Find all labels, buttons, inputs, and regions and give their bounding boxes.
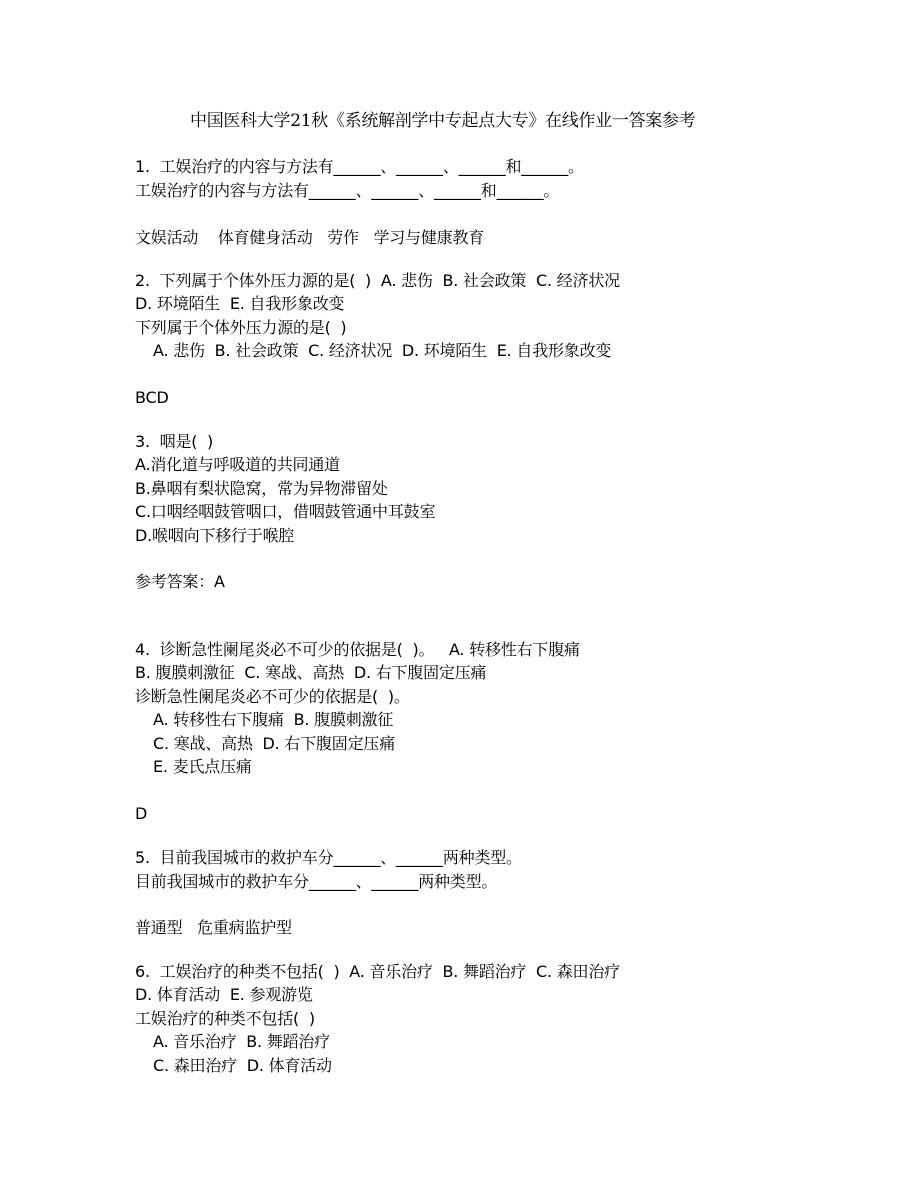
question-6-stem-cont: D. 体育活动 E. 参观游览: [135, 983, 313, 1006]
question-4-stem-cont: B. 腹膜刺激征 C. 寒战、高热 D. 右下腹固定压痛: [135, 661, 486, 684]
question-1-stem-repeat: 工娱治疗的内容与方法有______、______、______和______。: [135, 179, 559, 202]
question-4-options-cd: C. 寒战、高热 D. 右下腹固定压痛: [153, 732, 395, 755]
question-3-answer: 参考答案：A: [135, 570, 225, 593]
question-6-stem-repeat: 工娱治疗的种类不包括( ): [135, 1007, 315, 1030]
question-2-answer: BCD: [135, 386, 169, 409]
question-5-answer: 普通型 危重病监护型: [135, 916, 292, 939]
question-2-options: A. 悲伤 B. 社会政策 C. 经济状况 D. 环境陌生 E. 自我形象改变: [153, 339, 611, 362]
question-5-stem: 5. 目前我国城市的救护车分______、______两种类型。: [135, 846, 522, 869]
question-1-answer: 文娱活动 体育健身活动 劳作 学习与健康教育: [135, 226, 484, 249]
question-3-stem: 3. 咽是( ): [135, 430, 213, 453]
question-1-stem: 1. 工娱治疗的内容与方法有______、______、______和_____…: [135, 155, 584, 178]
question-4-answer: D: [135, 802, 147, 825]
question-3-option-c: C.口咽经咽鼓管咽口，借咽鼓管通中耳鼓室: [135, 500, 435, 523]
question-3-option-b: B.鼻咽有梨状隐窝，常为异物滞留处: [135, 477, 388, 500]
page-title: 中国医科大学21秋《系统解剖学中专起点大专》在线作业一答案参考: [190, 109, 695, 133]
question-6-options-ab: A. 音乐治疗 B. 舞蹈治疗: [153, 1030, 330, 1053]
question-6-options-cd: C. 森田治疗 D. 体育活动: [153, 1054, 332, 1077]
question-2-stem-repeat: 下列属于个体外压力源的是( ): [135, 316, 346, 339]
question-5-stem-repeat: 目前我国城市的救护车分______、______两种类型。: [135, 870, 497, 893]
question-2-stem-cont: D. 环境陌生 E. 自我形象改变: [135, 292, 344, 315]
question-4-options-ab: A. 转移性右下腹痛 B. 腹膜刺激征: [153, 708, 393, 731]
question-3-option-d: D.喉咽向下移行于喉腔: [135, 524, 294, 547]
question-3-option-a: A.消化道与呼吸道的共同通道: [135, 453, 340, 476]
question-4-stem-repeat: 诊断急性阑尾炎必不可少的依据是( )。: [135, 685, 410, 708]
question-6-stem: 6. 工娱治疗的种类不包括( ) A. 音乐治疗 B. 舞蹈治疗 C. 森田治疗: [135, 960, 620, 983]
question-4-option-e: E. 麦氏点压痛: [153, 755, 252, 778]
question-4-stem: 4. 诊断急性阑尾炎必不可少的依据是( )。 A. 转移性右下腹痛: [135, 638, 580, 661]
question-2-stem: 2. 下列属于个体外压力源的是( ) A. 悲伤 B. 社会政策 C. 经济状况: [135, 269, 620, 292]
